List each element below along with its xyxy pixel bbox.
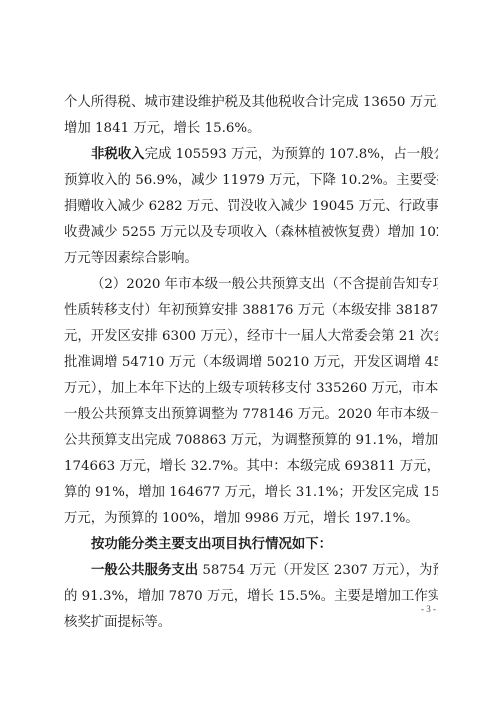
text-span: 58754 万元（开发区 2307 万元），为预算 xyxy=(198,563,438,578)
text-line: 预算收入的 56.9%，减少 11979 万元，下降 10.2%。主要受扶贫 xyxy=(64,168,438,194)
text-line: 非税收入完成 105593 万元，为预算的 107.8%，占一般公共 xyxy=(64,142,438,168)
document-page: 个人所得税、城市建设维护税及其他税收合计完成 13650 万元， 增加 1841… xyxy=(64,90,438,636)
bold-lead-general-public-services: 一般公共服务支出 xyxy=(91,563,198,578)
section-heading: 按功能分类主要支出项目执行情况如下： xyxy=(64,532,438,558)
text-line: 的 91.3%，增加 7870 万元，增长 15.5%。主要是增加工作实绩考 xyxy=(64,584,438,610)
text-line: 174663 万元，增长 32.7%。其中：本级完成 693811 万元，为预 xyxy=(64,454,438,480)
text-line: 一般公共预算支出预算调整为 778146 万元。2020 年市本级一般 xyxy=(64,402,438,428)
text-span: 完成 105593 万元，为预算的 107.8%，占一般公共 xyxy=(145,147,438,162)
text-line: 公共预算支出完成 708863 万元，为调整预算的 91.1%，增加 xyxy=(64,428,438,454)
text-line: 元，开发区安排 6300 万元），经市十一届人大常委会第 21 次会议 xyxy=(64,324,438,350)
text-line: （2）2020 年市本级一般公共预算支出（不含提前告知专项 xyxy=(64,272,438,298)
text-line: 万元），加上本年下达的上级专项转移支付 335260 万元，市本级 xyxy=(64,376,438,402)
text-line: 个人所得税、城市建设维护税及其他税收合计完成 13650 万元， xyxy=(64,90,438,116)
text-line: 性质转移支付）年初预算安排 388176 万元（本级安排 381876 万 xyxy=(64,298,438,324)
text-line: 批准调增 54710 万元（本级调增 50210 万元，开发区调增 4500 xyxy=(64,350,438,376)
text-line: 核奖扩面提标等。 xyxy=(64,610,438,636)
text-line: 收费减少 5255 万元以及专项收入（森林植被恢复费）增加 10262 xyxy=(64,220,438,246)
text-line: 捐赠收入减少 6282 万元、罚没收入减少 19045 万元、行政事业性 xyxy=(64,194,438,220)
text-line: 万元，为预算的 100%，增加 9986 万元，增长 197.1%。 xyxy=(64,506,438,532)
text-line: 万元等因素综合影响。 xyxy=(64,246,438,272)
page-number: - 3 - xyxy=(421,604,436,614)
bold-lead-non-tax-revenue: 非税收入 xyxy=(91,147,145,162)
text-line: 一般公共服务支出 58754 万元（开发区 2307 万元），为预算 xyxy=(64,558,438,584)
text-line: 算的 91%，增加 164677 万元，增长 31.1%；开发区完成 15052 xyxy=(64,480,438,506)
text-line: 增加 1841 万元，增长 15.6%。 xyxy=(64,116,438,142)
